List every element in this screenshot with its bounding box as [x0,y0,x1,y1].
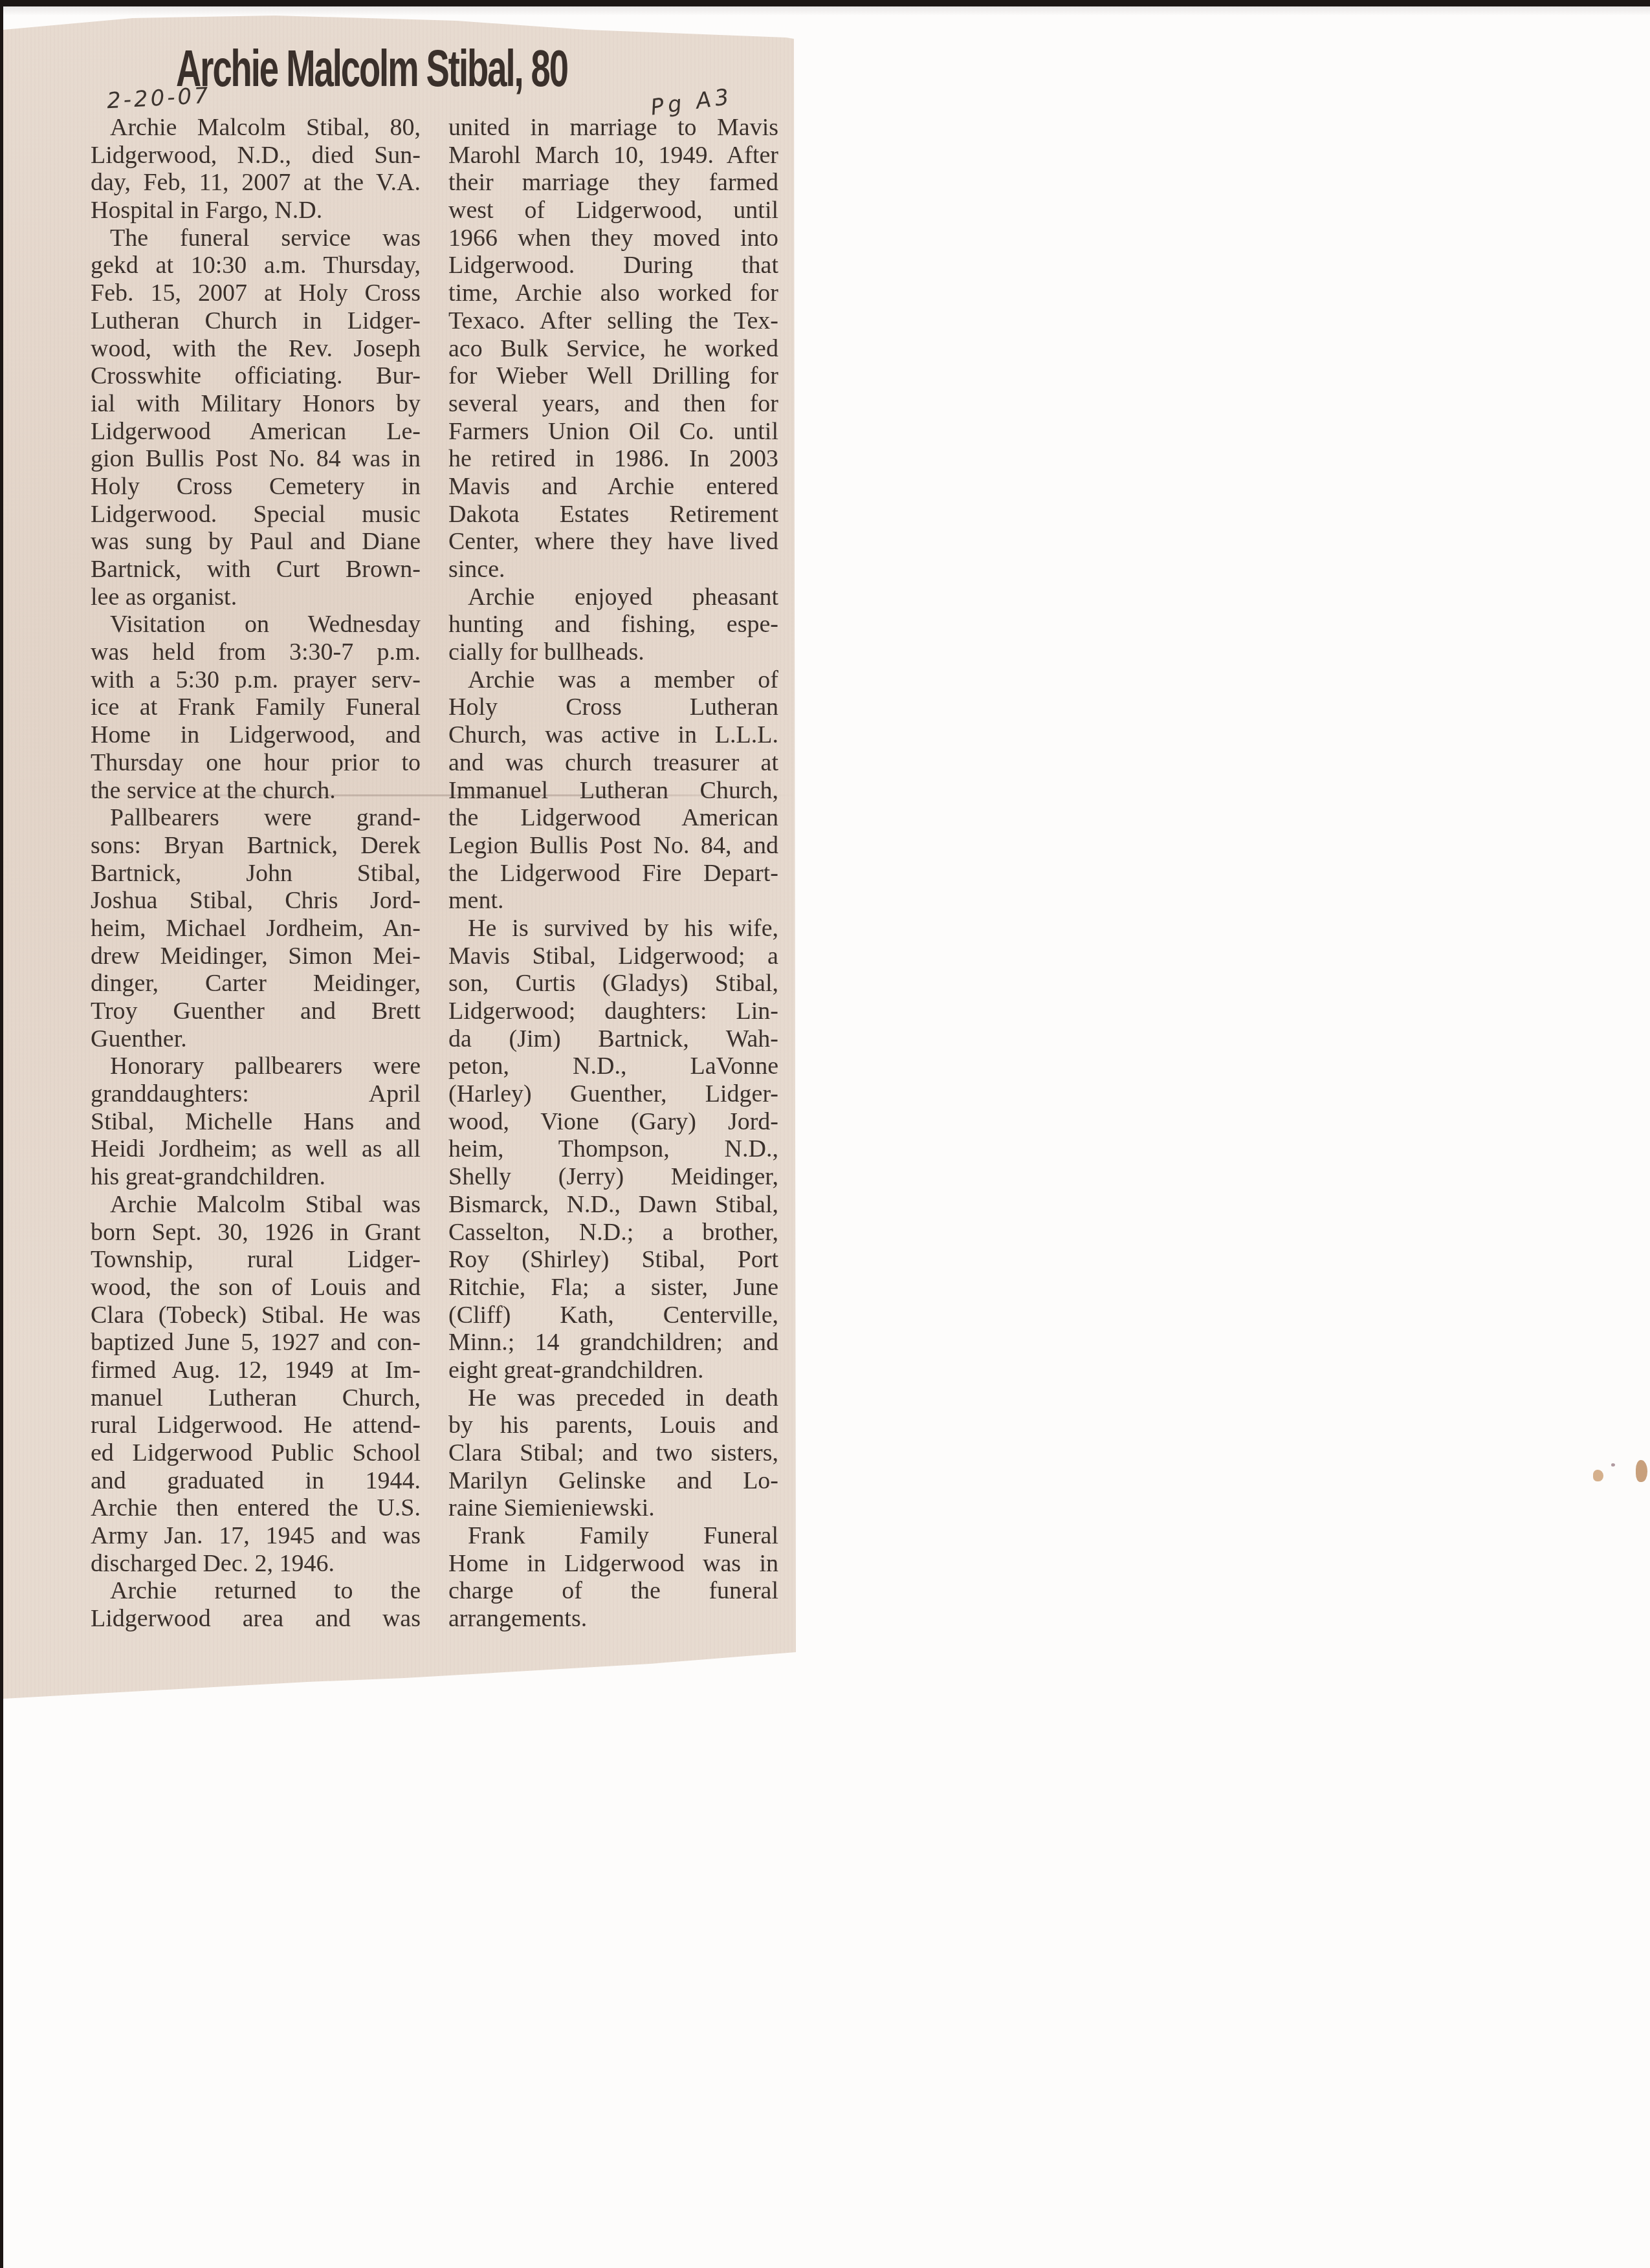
handwritten-date: 2-20-07 [106,83,212,114]
text-line: the service at the church. [91,777,421,805]
text-line: baptized June 5, 1927 and con- [91,1329,421,1357]
text-line: firmed Aug. 12, 1949 at Im- [91,1357,421,1384]
text-line: gion Bullis Post No. 84 was in [91,445,421,473]
text-line: the Lidgerwood Fire Depart- [448,860,778,888]
text-line: The funeral service was [91,224,421,252]
text-line: Archie was a member of [448,666,778,694]
text-line: born Sept. 30, 1926 in Grant [91,1219,421,1247]
text-line: Holy Cross Lutheran [448,693,778,721]
text-line: sons: Bryan Bartnick, Derek [91,832,421,860]
text-line: Lidgerwood. Special music [91,501,421,529]
text-line: Marilyn Gelinske and Lo- [448,1467,778,1495]
text-line: Lidgerwood, N.D., died Sun- [91,142,421,169]
text-line: united in marriage to Mavis [448,114,778,142]
text-line: dinger, Carter Meidinger, [91,970,421,998]
scanner-top-edge [0,0,1650,6]
text-line: and was church treasurer at [448,749,778,777]
paper-speck [1636,1460,1647,1482]
text-line: granddaughters: April [91,1080,421,1108]
text-line: ment. [448,887,778,915]
text-line: ial with Military Honors by [91,390,421,418]
text-line: wood, with the Rev. Joseph [91,335,421,363]
text-line: da (Jim) Bartnick, Wah- [448,1025,778,1053]
text-line: (Harley) Guenther, Lidger- [448,1080,778,1108]
text-line: with a 5:30 p.m. prayer serv- [91,666,421,694]
text-line: Visitation on Wednesday [91,611,421,638]
text-line: time, Archie also worked for [448,279,778,307]
scanner-left-edge [0,0,3,2268]
text-line: Guenther. [91,1025,421,1053]
text-line: discharged Dec. 2, 1946. [91,1550,421,1578]
text-line: manuel Lutheran Church, [91,1384,421,1412]
text-line: son, Curtis (Gladys) Stibal, [448,970,778,998]
text-line: gekd at 10:30 a.m. Thursday, [91,252,421,279]
text-line: Dakota Estates Retirement [448,501,778,529]
text-line: Archie returned to the [91,1577,421,1605]
text-line: wood, the son of Louis and [91,1274,421,1302]
text-line: eight great-grandchildren. [448,1357,778,1384]
text-line: Marohl March 10, 1949. After [448,142,778,169]
text-line: drew Meidinger, Simon Mei- [91,943,421,970]
text-line: Pallbearers were grand- [91,804,421,832]
text-line: several years, and then for [448,390,778,418]
text-line: hunting and fishing, espe- [448,611,778,638]
text-line: Archie enjoyed pheasant [448,583,778,611]
text-line: He is survived by his wife, [448,915,778,943]
text-line: Clara Stibal; and two sisters, [448,1439,778,1467]
text-line: Shelly (Jerry) Meidinger, [448,1163,778,1191]
text-line: the Lidgerwood American [448,804,778,832]
text-line: Bismarck, N.D., Dawn Stibal, [448,1191,778,1219]
paper-speck [1611,1463,1615,1467]
text-line: and graduated in 1944. [91,1467,421,1495]
text-column-2: united in marriage to MavisMarohl March … [448,114,778,1633]
text-line: Heidi Jordheim; as well as all [91,1135,421,1163]
text-line: Bartnick, John Stibal, [91,860,421,888]
text-line: Immanuel Lutheran Church, [448,777,778,805]
text-line: Archie Malcolm Stibal was [91,1191,421,1219]
text-line: Archie then entered the U.S. [91,1494,421,1522]
text-line: Army Jan. 17, 1945 and was [91,1522,421,1550]
text-line: Stibal, Michelle Hans and [91,1108,421,1136]
text-line: Troy Guenther and Brett [91,998,421,1025]
paper-speck [1593,1470,1603,1481]
text-line: lee as organist. [91,583,421,611]
text-line: Joshua Stibal, Chris Jord- [91,887,421,915]
text-line: Honorary pallbearers were [91,1052,421,1080]
text-line: Frank Family Funeral [448,1522,778,1550]
text-line: Holy Cross Cemetery in [91,473,421,501]
text-line: cially for bullheads. [448,638,778,666]
text-line: their marriage they farmed [448,169,778,197]
text-line: Center, where they have lived [448,528,778,556]
text-line: was held from 3:30-7 p.m. [91,638,421,666]
text-line: since. [448,556,778,583]
text-line: charge of the funeral [448,1577,778,1605]
scanner-shadow [3,6,1650,16]
text-line: raine Siemieniewski. [448,1494,778,1522]
text-line: Feb. 15, 2007 at Holy Cross [91,279,421,307]
text-line: Clara (Tobeck) Stibal. He was [91,1302,421,1329]
text-line: rural Lidgerwood. He attend- [91,1412,421,1439]
text-line: wood, Vione (Gary) Jord- [448,1108,778,1136]
text-line: by his parents, Louis and [448,1412,778,1439]
text-line: peton, N.D., LaVonne [448,1052,778,1080]
text-line: west of Lidgerwood, until [448,197,778,224]
text-line: ice at Frank Family Funeral [91,693,421,721]
text-line: Archie Malcolm Stibal, 80, [91,114,421,142]
text-column-1: Archie Malcolm Stibal, 80,Lidgerwood, N.… [91,114,421,1633]
text-line: Roy (Shirley) Stibal, Port [448,1246,778,1274]
text-line: heim, Thompson, N.D., [448,1135,778,1163]
text-line: Thursday one hour prior to [91,749,421,777]
text-line: Casselton, N.D.; a brother, [448,1219,778,1247]
text-line: Home in Lidgerwood, and [91,721,421,749]
text-line: arrangements. [448,1605,778,1633]
text-line: Mavis and Archie entered [448,473,778,501]
text-line: Legion Bullis Post No. 84, and [448,832,778,860]
text-line: Church, was active in L.L.L. [448,721,778,749]
text-line: Texaco. After selling the Tex- [448,307,778,335]
text-line: Farmers Union Oil Co. until [448,418,778,446]
text-line: Lidgerwood American Le- [91,418,421,446]
text-line: ed Lidgerwood Public School [91,1439,421,1467]
text-line: Home in Lidgerwood was in [448,1550,778,1578]
text-line: day, Feb, 11, 2007 at the V.A. [91,169,421,197]
text-line: was sung by Paul and Diane [91,528,421,556]
text-line: Lidgerwood. During that [448,252,778,279]
text-line: his great-grandchildren. [91,1163,421,1191]
text-line: 1966 when they moved into [448,224,778,252]
text-line: Bartnick, with Curt Brown- [91,556,421,583]
text-line: (Cliff) Kath, Centerville, [448,1302,778,1329]
text-line: Township, rural Lidger- [91,1246,421,1274]
text-line: Minn.; 14 grandchildren; and [448,1329,778,1357]
text-line: aco Bulk Service, he worked [448,335,778,363]
text-line: for Wieber Well Drilling for [448,362,778,390]
text-line: Mavis Stibal, Lidgerwood; a [448,943,778,970]
text-line: heim, Michael Jordheim, An- [91,915,421,943]
text-line: Lidgerwood; daughters: Lin- [448,998,778,1025]
text-line: he retired in 1986. In 2003 [448,445,778,473]
text-line: Crosswhite officiating. Bur- [91,362,421,390]
text-line: He was preceded in death [448,1384,778,1412]
text-line: Lutheran Church in Lidger- [91,307,421,335]
text-line: Ritchie, Fla; a sister, June [448,1274,778,1302]
text-line: Lidgerwood area and was [91,1605,421,1633]
text-line: Hospital in Fargo, N.D. [91,197,421,224]
obituary-headline: Archie Malcolm Stibal, 80 [176,43,528,94]
